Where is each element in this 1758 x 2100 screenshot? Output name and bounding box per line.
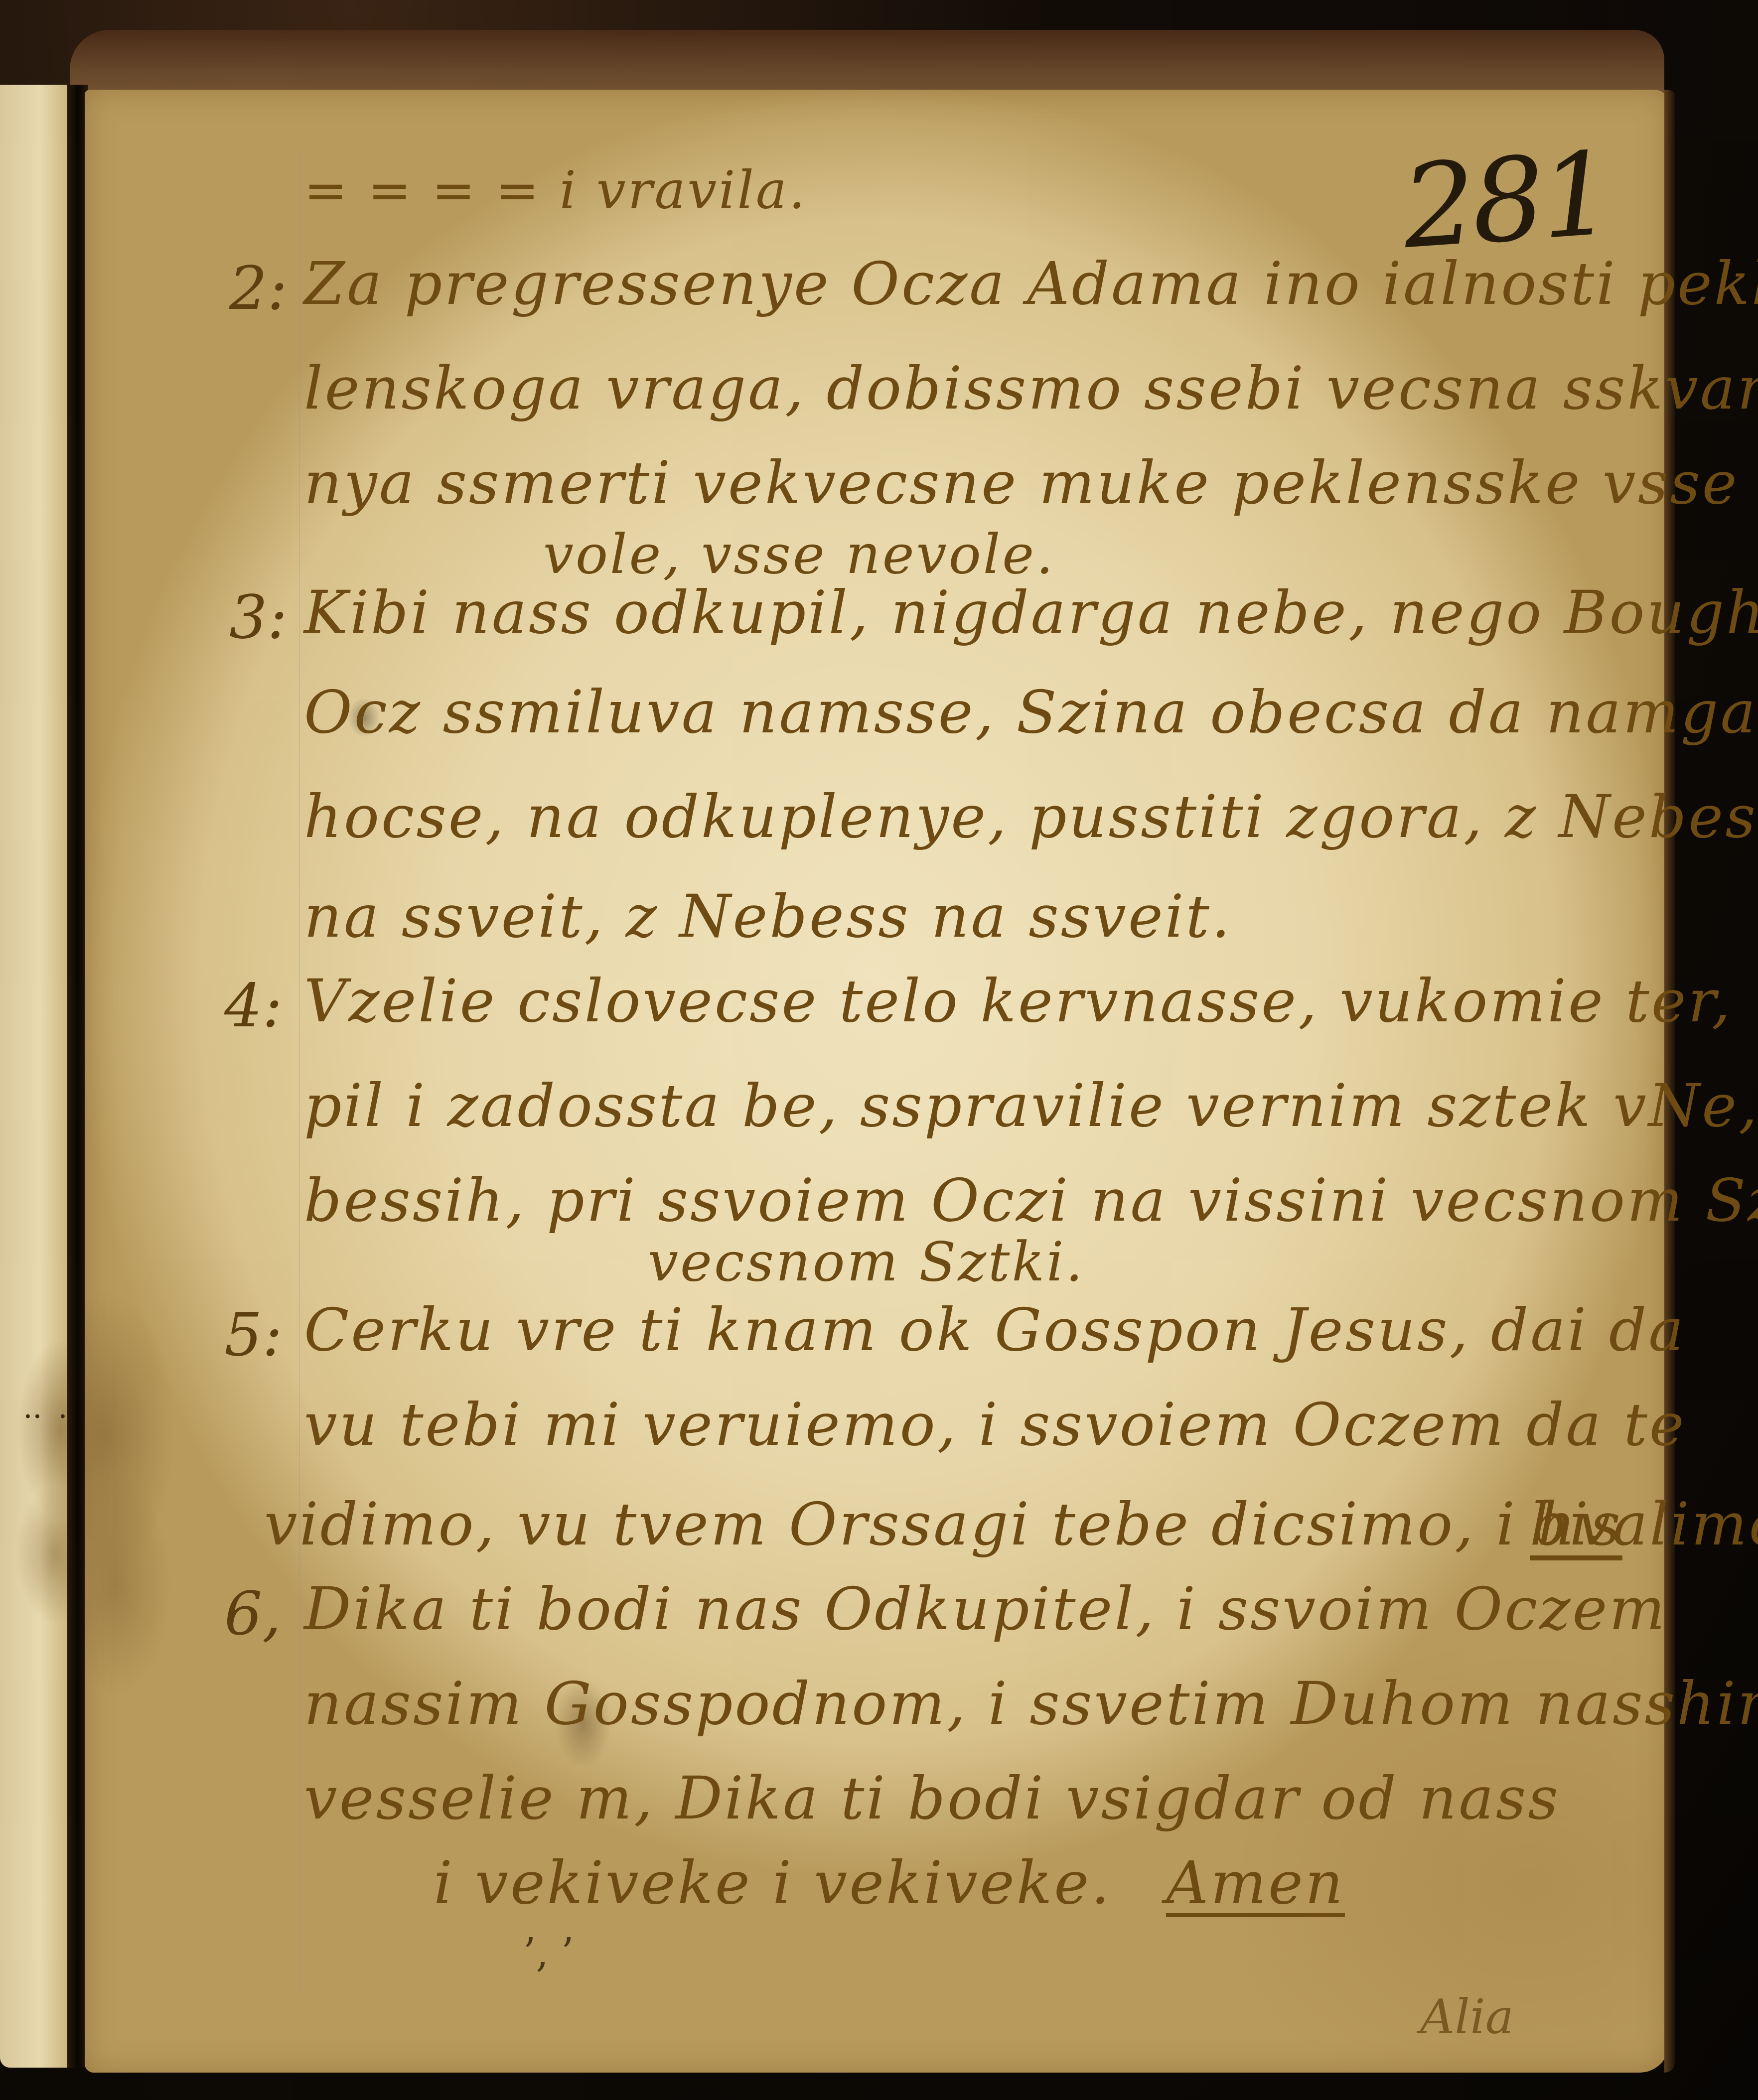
text-line: hocse, na odkuplenye, pusstiti zgora, z … xyxy=(304,787,1758,846)
text-line: pil i zadossta be, sspravilie vernim szt… xyxy=(304,1076,1758,1135)
text-line: = = = = i vravila. xyxy=(304,164,807,216)
ink-blot: ’, ’ xyxy=(523,1933,574,1973)
text-line: bessih, pri ssvoiem Oczi na vissini vecs… xyxy=(304,1171,1758,1230)
text-line: Dika ti bodi nas Odkupitel, i ssvoim Ocz… xyxy=(304,1579,1667,1638)
text-line: vole, vsse nevole. xyxy=(543,528,1055,582)
text-line: nya ssmerti vekvecsne muke peklensske vs… xyxy=(304,453,1758,512)
text-line: vu tebi mi veruiemo, i ssvoiem Oczem da … xyxy=(304,1395,1686,1454)
text-line: nassim Gosspodnom, i ssvetim Duhom nassh… xyxy=(304,1674,1758,1733)
verse-number: 2: xyxy=(229,259,288,319)
text-line: Kibi nass odkupil, nigdarga nebe, nego B… xyxy=(304,583,1758,642)
verse-number: 3: xyxy=(229,588,288,648)
verse-number: 6, xyxy=(224,1584,282,1644)
text-line: Cerku vre ti knam ok Gosspon Jesus, dai … xyxy=(304,1300,1686,1359)
text-line: vecsnom Sztki. xyxy=(648,1236,1085,1289)
text-line: lenskoga vraga, dobissmo ssebi vecsna ss… xyxy=(304,359,1758,418)
text-line: i vekiveke i vekiveke. xyxy=(434,1853,1112,1912)
text-line: vesselie m, Dika ti bodi vsigdar od nass xyxy=(304,1769,1560,1827)
text-line: Vzelie cslovecse telo kervnasse, vukomie… xyxy=(304,972,1733,1030)
repeat-mark: bis xyxy=(1530,1495,1622,1553)
text-line: Za pregressenye Ocza Adama ino ialnosti … xyxy=(304,254,1758,313)
text-line: na ssveit, z Nebess na ssveit. xyxy=(304,887,1232,946)
manuscript-page: 281 = = = = i vravila. 2: Za pregresseny… xyxy=(85,90,1669,2073)
verse-number: 4: xyxy=(224,977,283,1036)
footer-note: Alia xyxy=(1420,1993,1514,2041)
previous-page-edge: : : xyxy=(0,85,67,2068)
hymn-text: = = = = i vravila. 2: Za pregressenye Oc… xyxy=(85,90,1669,2073)
verse-number: 5: xyxy=(224,1305,283,1365)
closing-amen: Amen xyxy=(1166,1853,1345,1912)
text-line: Ocz ssmiluva namsse, Szina obecsa da nam… xyxy=(304,683,1758,741)
